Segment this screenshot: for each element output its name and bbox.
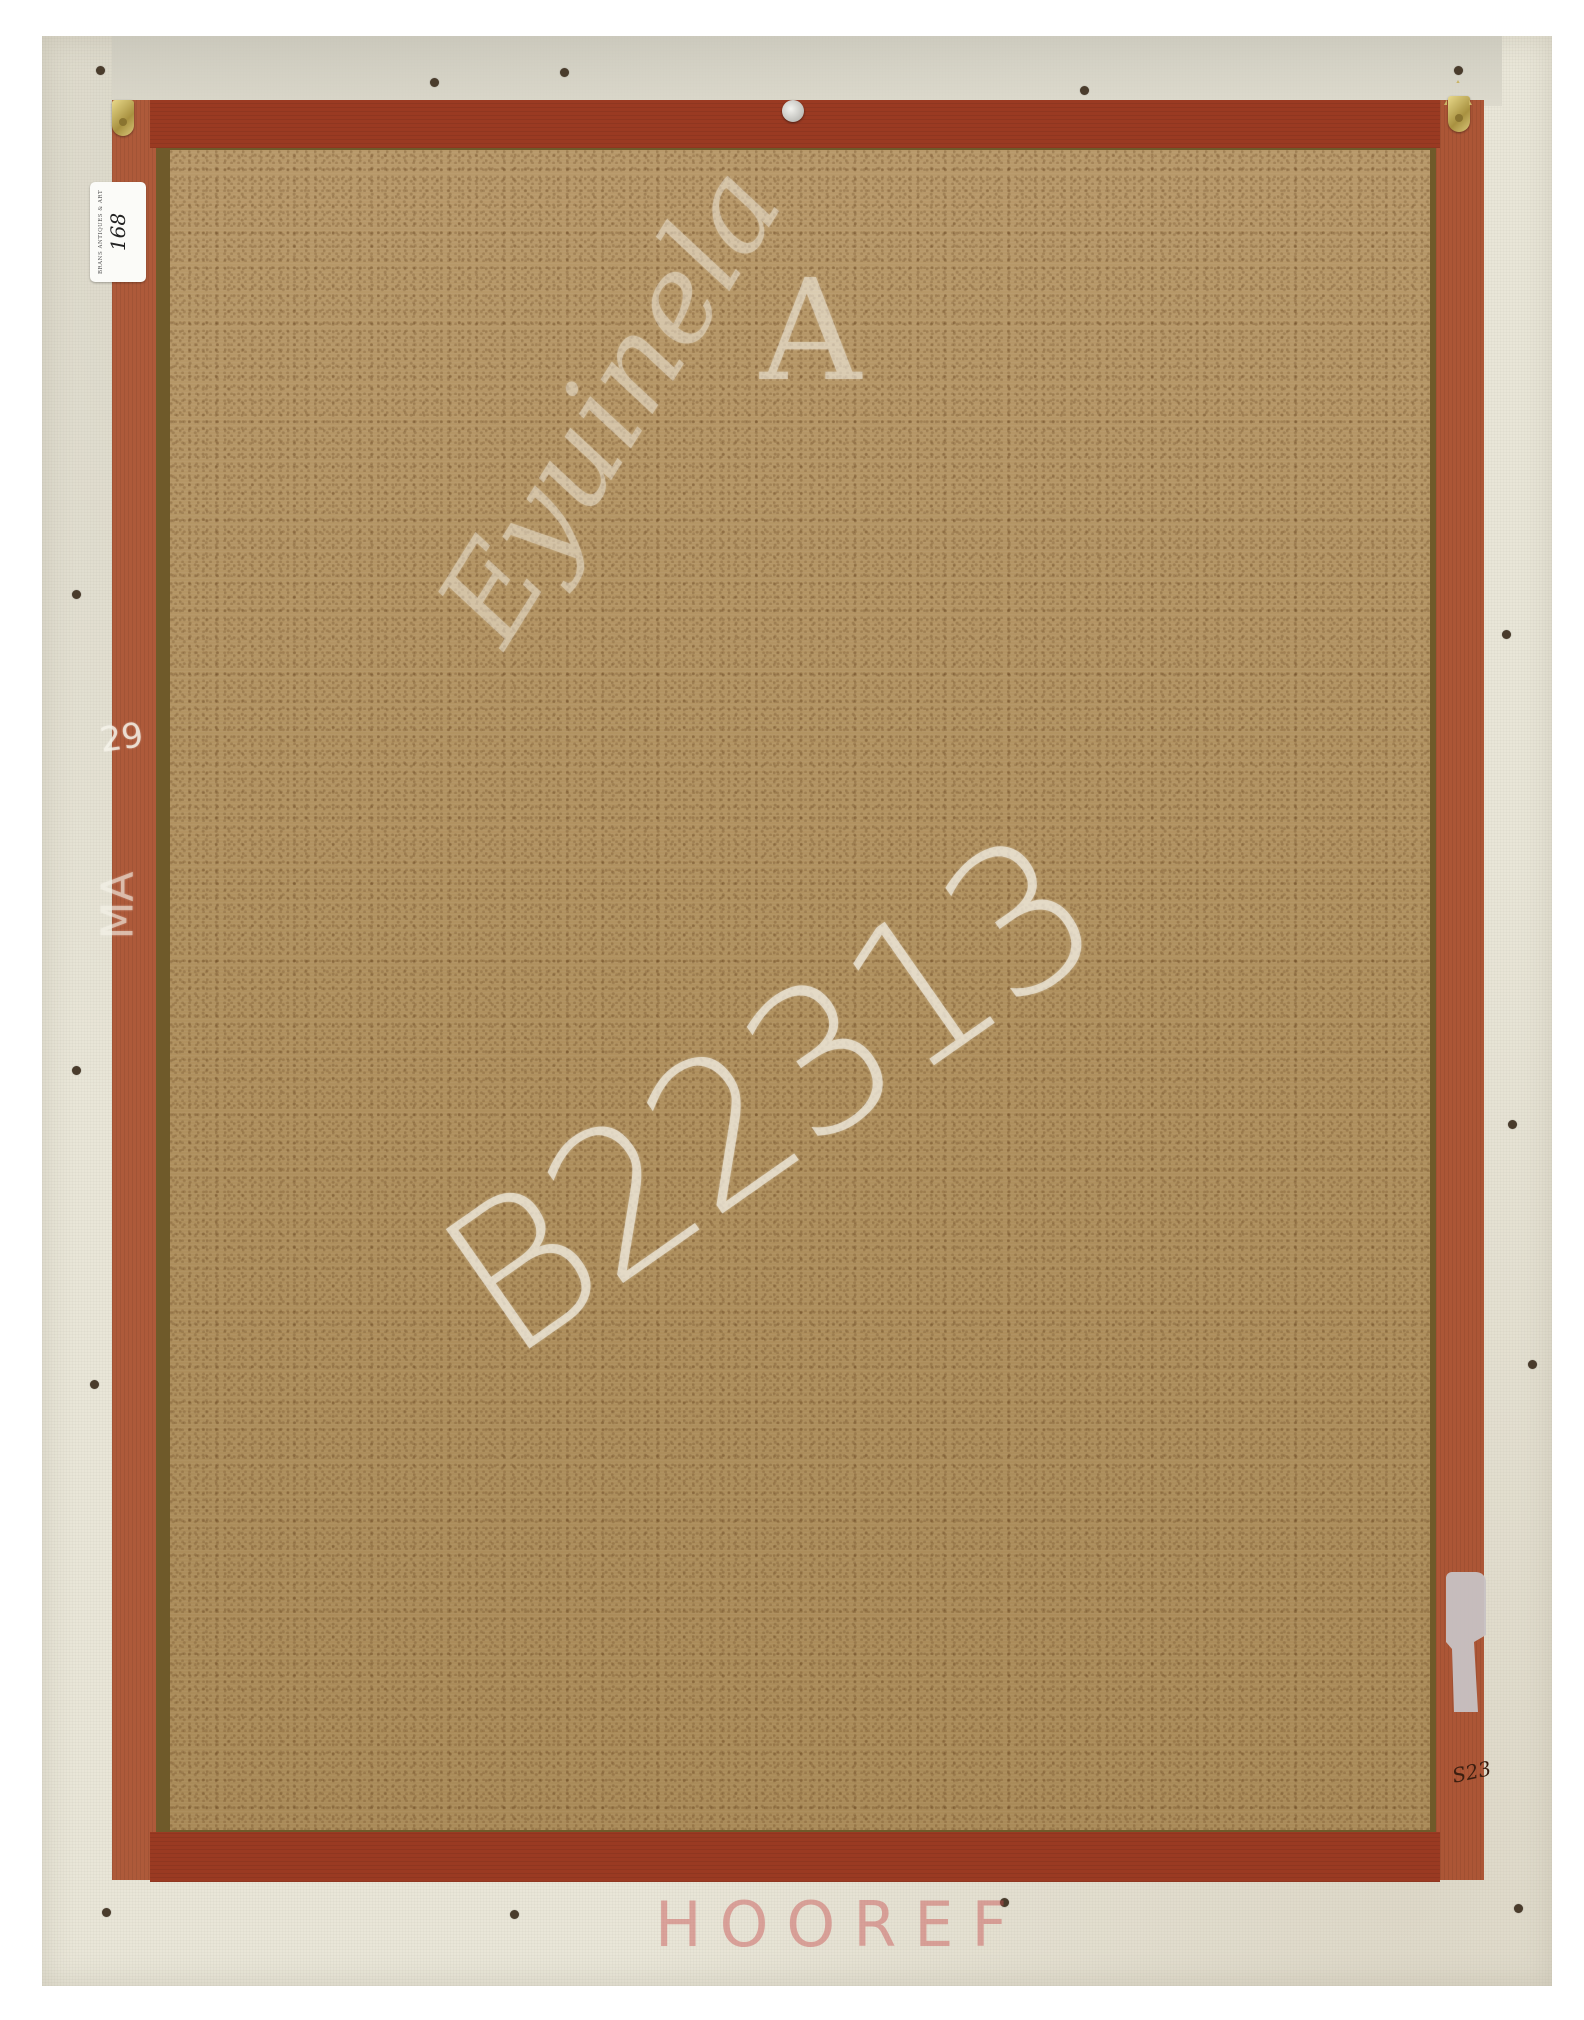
stretcher-bar-bottom bbox=[150, 1832, 1440, 1882]
tack-icon bbox=[1528, 1360, 1537, 1369]
tack-icon bbox=[1454, 66, 1463, 75]
tack-icon bbox=[560, 68, 569, 77]
screw-icon bbox=[782, 100, 804, 122]
tack-icon bbox=[96, 66, 105, 75]
lot-number: 168 bbox=[106, 213, 130, 251]
dealer-name: BRANS ANTIQUES & ART bbox=[98, 190, 104, 274]
tack-icon bbox=[102, 1908, 111, 1917]
bottom-red-chalk-name: HOOREF bbox=[655, 1888, 1025, 1961]
d-ring-hanger-icon bbox=[1448, 96, 1470, 132]
tack-icon bbox=[1080, 86, 1089, 95]
tack-icon bbox=[90, 1380, 99, 1389]
tack-icon bbox=[1514, 1904, 1523, 1913]
tack-icon bbox=[510, 1910, 519, 1919]
dealer-label: BRANS ANTIQUES & ART 168 bbox=[90, 182, 146, 282]
d-ring-hanger-icon bbox=[112, 100, 134, 136]
tack-icon bbox=[1508, 1120, 1517, 1129]
canvas-top-stain bbox=[112, 36, 1502, 106]
tack-icon bbox=[72, 1066, 81, 1075]
tack-icon bbox=[1502, 630, 1511, 639]
tack-icon bbox=[430, 78, 439, 87]
left-bar-number: 29 bbox=[97, 715, 145, 761]
tack-icon bbox=[72, 590, 81, 599]
stretcher-bar-left bbox=[112, 100, 156, 1880]
left-bar-scrawl: MA bbox=[93, 871, 144, 939]
chalk-letter-a: A bbox=[760, 250, 861, 413]
